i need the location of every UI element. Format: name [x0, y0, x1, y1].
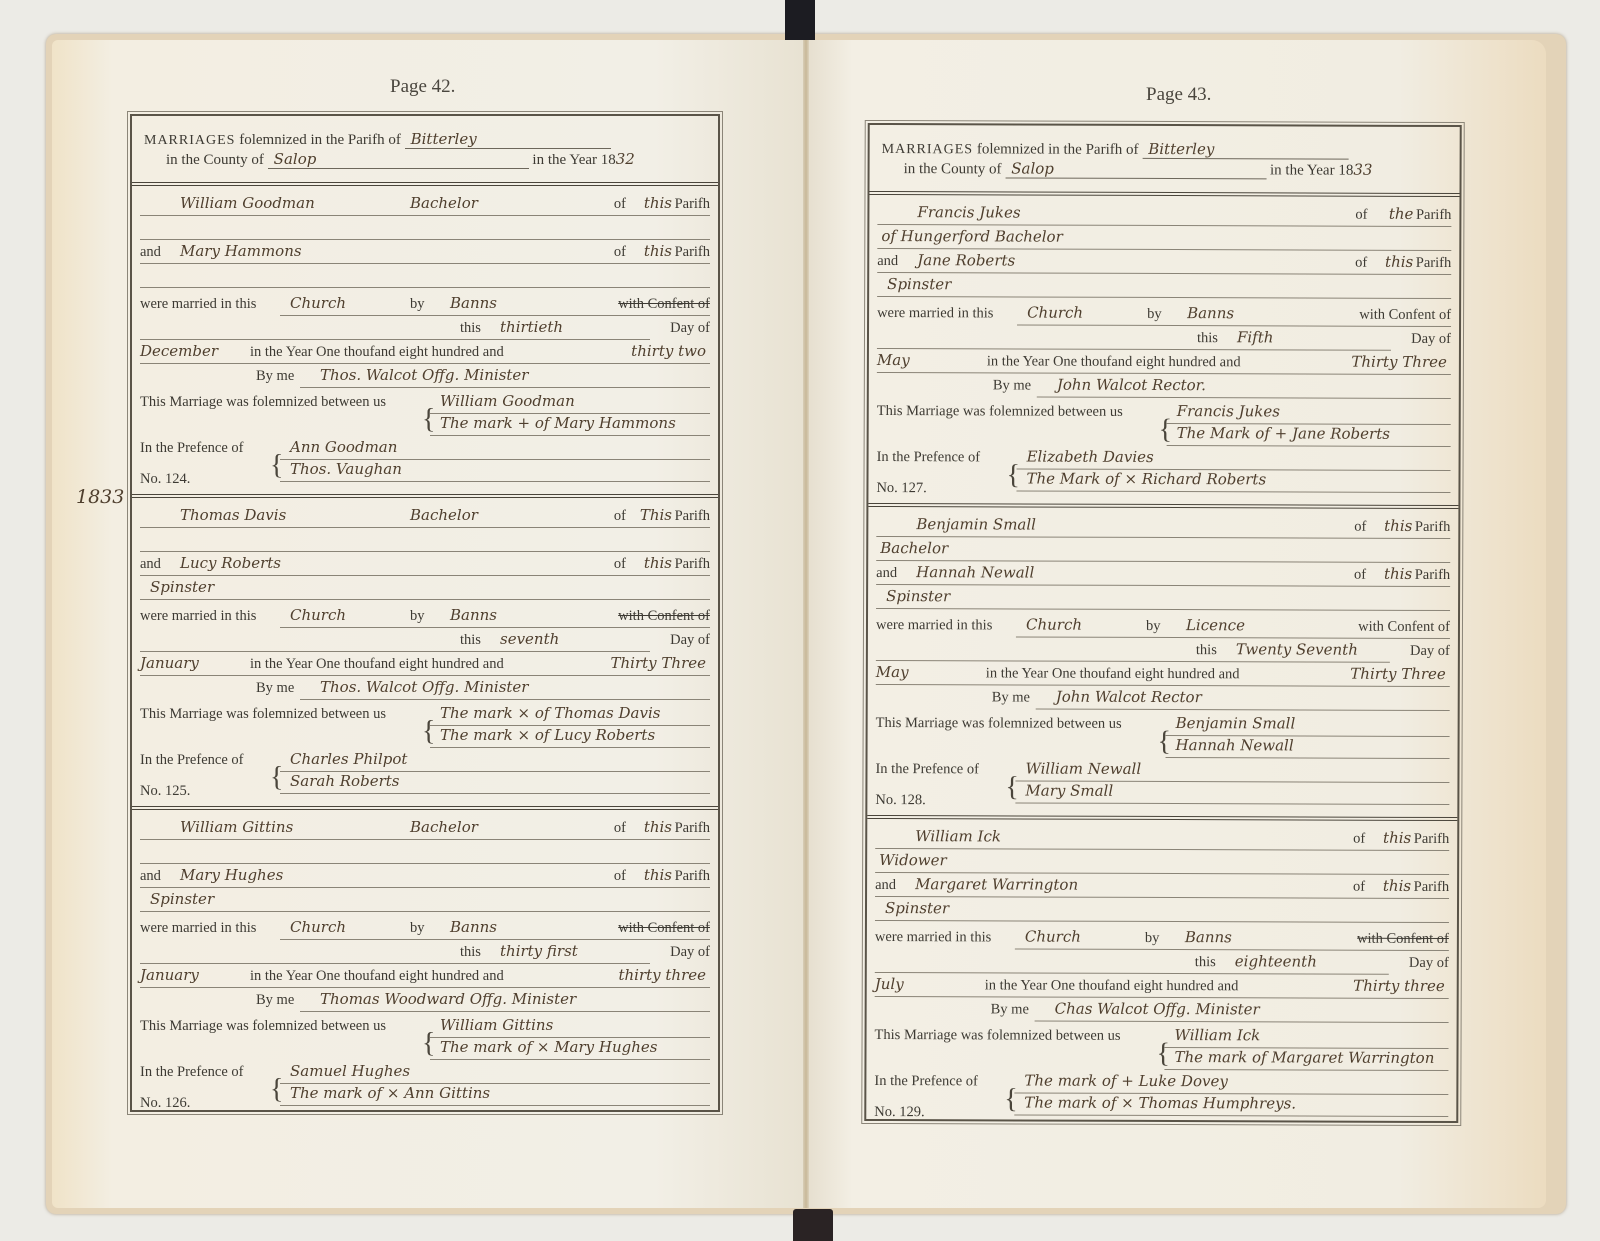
day-of-label: Day of [670, 632, 710, 649]
bride-status: Spinster [885, 899, 949, 917]
parish-label: Parifh [1416, 255, 1451, 272]
consent-label: with Confent of [1359, 307, 1451, 324]
marriage-day: seventh [500, 630, 559, 648]
of-label: of [614, 556, 626, 573]
officiant: Thos. Walcot Offg. Minister [320, 366, 528, 384]
this-label: this [460, 632, 481, 649]
day-of-label: Day of [1411, 331, 1451, 348]
officiant: Thomas Woodward Offg. Minister [320, 990, 576, 1008]
parish-label: Parifh [1415, 519, 1450, 536]
parish-label: Parifh [675, 556, 710, 573]
this-label: this [460, 320, 481, 337]
parish-label: Parifh [675, 196, 710, 213]
party-1: The mark × of Thomas Davis [440, 704, 660, 722]
party-2: The Mark of + Jane Roberts [1177, 424, 1390, 443]
witness-2: Sarah Roberts [290, 772, 399, 790]
of-label: of [614, 508, 626, 525]
witness-1: The mark of + Luke Dovey [1024, 1072, 1227, 1091]
officiant: Thos. Walcot Offg. Minister [320, 678, 528, 696]
witness-2: The mark of × Ann Gittins [290, 1084, 490, 1102]
groom-name: Benjamin Small [916, 515, 1036, 533]
witness-2: Mary Small [1025, 782, 1113, 800]
witness-2: The mark of × Thomas Humphreys. [1024, 1094, 1296, 1113]
binding-ribbon-top [785, 0, 815, 40]
bride-name: Lucy Roberts [180, 554, 281, 572]
marriage-day: eighteenth [1235, 952, 1317, 970]
day-of-label: Day of [1410, 643, 1450, 660]
marriage-day: thirty first [500, 942, 578, 960]
year-phrase: in the Year One thoufand eight hundred a… [986, 665, 1240, 683]
margin-year-note: 1833 [76, 486, 124, 508]
groom-extra: Bachelor [880, 539, 948, 557]
entry-number: No. 126. [140, 1095, 190, 1112]
witness-2: Thos. Vaughan [290, 460, 402, 478]
this-label: this [460, 944, 481, 961]
parish-label: Parifh [675, 244, 710, 261]
by-label: by [1145, 930, 1160, 947]
marriage-year-words: Thirty Three [1350, 665, 1446, 683]
groom-name: William Goodman [180, 194, 315, 212]
solemnized-label: This Marriage was folemnized between us [877, 403, 1123, 421]
day-of-label: Day of [670, 320, 710, 337]
entry-number: No. 128. [875, 792, 925, 809]
groom-parish: the [1389, 205, 1414, 223]
marriage-month: January [140, 654, 199, 672]
marriage-entry: Francis Jukes of the Parifh of Hungerfor… [868, 195, 1459, 509]
header-parish-label: folemnized in the Parifh of [239, 132, 401, 148]
marriage-place: Church [290, 294, 346, 312]
party-1: William Gittins [440, 1016, 553, 1034]
consent-label: with Confent of [618, 296, 710, 313]
party-2: The mark of × Mary Hughes [440, 1038, 658, 1056]
of-label: of [614, 244, 626, 261]
officiant: John Walcot Rector [1056, 688, 1202, 707]
groom-status: Bachelor [410, 194, 478, 212]
this-label: this [1197, 330, 1218, 347]
consent-label: with Confent of [1357, 931, 1449, 948]
by-me-label: By me [256, 368, 294, 385]
witness-1: Ann Goodman [290, 438, 397, 456]
marriage-month: July [875, 975, 904, 993]
groom-parish: this [1383, 829, 1411, 847]
marriage-entry: William Goodman Bachelor of this Parifh … [132, 186, 718, 498]
marriage-entry: William Gittins Bachelor of this Parifh … [132, 810, 718, 1118]
register-header: MARRIAGES folemnized in the Parifh of Bi… [132, 116, 718, 186]
and-label: and [140, 556, 161, 573]
solemnized-label: This Marriage was folemnized between us [876, 715, 1122, 733]
bride-status: Spinster [886, 587, 950, 605]
groom-name: Thomas Davis [180, 506, 286, 524]
by-me-label: By me [992, 689, 1030, 706]
of-label: of [1355, 255, 1367, 272]
header-title: MARRIAGES [144, 133, 235, 148]
party-2: The mark of Margaret Warrington [1174, 1048, 1434, 1067]
marriage-register-page-43: MARRIAGES folemnized in the Parifh of Bi… [864, 123, 1461, 1123]
party-1: Francis Jukes [1177, 402, 1280, 420]
by-label: by [410, 920, 425, 937]
year-phrase: in the Year One thoufand eight hundred a… [987, 353, 1241, 371]
marriage-year-words: Thirty three [1353, 977, 1445, 995]
married-in-label: were married in this [876, 617, 992, 634]
marriage-by: Banns [450, 918, 497, 936]
presence-label: In the Prefence of [874, 1073, 978, 1090]
header-parish-value: Bitterley [1142, 140, 1348, 160]
marriage-by: Banns [450, 606, 497, 624]
bride-name: Mary Hammons [180, 242, 302, 260]
parish-label: Parifh [675, 820, 710, 837]
presence-label: In the Prefence of [140, 752, 243, 769]
groom-status: Bachelor [410, 506, 478, 524]
married-in-label: were married in this [140, 608, 256, 625]
marriage-month: May [876, 663, 909, 681]
bride-status: Spinster [150, 578, 214, 596]
groom-name: William Gittins [180, 818, 293, 836]
parish-label: Parifh [1414, 831, 1449, 848]
page-number: Page 42. [390, 76, 455, 98]
presence-label: In the Prefence of [875, 761, 979, 778]
entry-number: No. 127. [876, 480, 926, 497]
groom-parish: this [644, 194, 672, 212]
solemnized-label: This Marriage was folemnized between us [140, 706, 386, 723]
and-label: and [140, 868, 161, 885]
marriage-by: Banns [1185, 928, 1232, 946]
of-label: of [1353, 831, 1365, 848]
witness-1: Samuel Hughes [290, 1062, 410, 1080]
header-year-label: in the Year 18 [532, 152, 615, 168]
party-1: William Goodman [440, 392, 575, 410]
marriage-year-words: Thirty Three [1351, 353, 1447, 371]
marriage-by: Banns [450, 294, 497, 312]
party-1: William Ick [1175, 1026, 1261, 1044]
marriage-register-page-42: MARRIAGES folemnized in the Parifh of Bi… [130, 114, 720, 1112]
header-title: MARRIAGES [882, 142, 974, 157]
of-label: of [1354, 519, 1366, 536]
bride-status: Spinster [150, 890, 214, 908]
solemnized-label: This Marriage was folemnized between us [875, 1027, 1121, 1045]
and-label: and [876, 565, 897, 582]
marriage-month: December [140, 342, 218, 360]
presence-label: In the Prefence of [140, 440, 243, 457]
party-2: The mark + of Mary Hammons [440, 414, 676, 432]
header-county-value: Salop [268, 150, 529, 169]
groom-parish: this [1384, 517, 1412, 535]
by-me-label: By me [256, 680, 294, 697]
solemnized-label: This Marriage was folemnized between us [140, 1018, 386, 1035]
year-phrase: in the Year One thoufand eight hundred a… [250, 344, 504, 361]
marriage-place: Church [1025, 928, 1081, 946]
by-label: by [1147, 306, 1162, 323]
year-phrase: in the Year One thoufand eight hundred a… [985, 977, 1239, 995]
marriage-by: Banns [1187, 304, 1234, 322]
parish-label: Parifh [675, 868, 710, 885]
bride-parish: this [644, 554, 672, 572]
marriage-place: Church [1026, 616, 1082, 634]
marriage-month: January [140, 966, 199, 984]
bride-parish: this [644, 242, 672, 260]
by-me-label: By me [993, 377, 1031, 394]
of-label: of [1355, 207, 1367, 224]
year-phrase: in the Year One thoufand eight hundred a… [250, 656, 504, 673]
bride-parish: this [1384, 565, 1412, 583]
marriage-year-words: Thirty Three [611, 654, 707, 672]
header-year-value: 33 [1353, 161, 1372, 179]
bride-name: Hannah Newall [916, 563, 1034, 581]
bride-name: Margaret Warrington [915, 875, 1078, 894]
marriage-entry: Thomas Davis Bachelor of This Parifh and… [132, 498, 718, 810]
witness-1: Charles Philpot [290, 750, 407, 768]
officiant: John Walcot Rector. [1057, 376, 1206, 395]
entry-number: No. 129. [874, 1104, 924, 1121]
witness-2: The Mark of × Richard Roberts [1026, 470, 1266, 489]
register-header: MARRIAGES folemnized in the Parifh of Bi… [869, 125, 1459, 197]
consent-label: with Confent of [618, 608, 710, 625]
parish-label: Parifh [675, 508, 710, 525]
married-in-label: were married in this [140, 920, 256, 937]
solemnized-label: This Marriage was folemnized between us [140, 394, 386, 411]
presence-label: In the Prefence of [140, 1064, 243, 1081]
day-of-label: Day of [670, 944, 710, 961]
of-label: of [614, 868, 626, 885]
binding-ribbon-bottom [793, 1209, 833, 1241]
parish-label: Parifh [1416, 207, 1451, 224]
marriage-day: Fifth [1237, 328, 1274, 346]
marriage-entry: William Ick of this Parifh Widower and M… [866, 819, 1457, 1129]
marriage-place: Church [290, 918, 346, 936]
witness-1: Elizabeth Davies [1027, 448, 1154, 466]
bride-status: Spinster [887, 275, 951, 293]
married-in-label: were married in this [140, 296, 256, 313]
groom-name: William Ick [915, 827, 1001, 845]
bride-name: Jane Roberts [917, 251, 1015, 269]
and-label: and [875, 877, 896, 894]
header-parish-value: Bitterley [405, 130, 611, 149]
groom-extra: Widower [879, 851, 947, 869]
groom-name: Francis Jukes [917, 203, 1020, 221]
of-label: of [1354, 567, 1366, 584]
groom-parish: this [644, 818, 672, 836]
married-in-label: were married in this [875, 929, 991, 946]
header-county-label: in the County of [904, 161, 1002, 177]
by-label: by [410, 608, 425, 625]
groom-status: Bachelor [410, 818, 478, 836]
by-me-label: By me [256, 992, 294, 1009]
bride-parish: this [644, 866, 672, 884]
consent-label: with Confent of [1358, 619, 1450, 636]
bride-parish: this [1385, 253, 1413, 271]
marriage-day: Twenty Seventh [1236, 640, 1358, 658]
header-county-value: Salop [1005, 159, 1266, 179]
bride-name: Mary Hughes [180, 866, 283, 884]
marriage-day: thirtieth [500, 318, 563, 336]
entry-number: No. 124. [140, 471, 190, 488]
page-number: Page 43. [1146, 84, 1211, 106]
parish-label: Parifh [1414, 879, 1449, 896]
by-me-label: By me [991, 1001, 1029, 1018]
married-in-label: were married in this [877, 305, 993, 322]
header-parish-label: folemnized in the Parifh of [977, 141, 1139, 158]
and-label: and [140, 244, 161, 261]
marriage-year-words: thirty three [618, 966, 706, 984]
header-county-label: in the County of [166, 152, 264, 168]
header-year-label: in the Year 18 [1270, 162, 1353, 178]
marriage-entry: Benjamin Small of this Parifh Bachelor a… [867, 507, 1458, 821]
this-label: this [1195, 954, 1216, 971]
day-of-label: Day of [1409, 955, 1449, 972]
marriage-by: Licence [1186, 616, 1245, 634]
officiant: Chas Walcot Offg. Minister [1055, 1000, 1260, 1019]
marriage-month: May [877, 351, 910, 369]
and-label: and [877, 253, 898, 270]
book-gutter [803, 40, 809, 1208]
this-label: this [1196, 642, 1217, 659]
bride-parish: this [1383, 877, 1411, 895]
header-year-value: 32 [616, 150, 635, 168]
groom-parish: This [640, 506, 672, 524]
groom-extra: of Hungerford Bachelor [881, 227, 1062, 246]
parish-label: Parifh [1415, 567, 1450, 584]
party-2: The mark × of Lucy Roberts [440, 726, 655, 744]
party-1: Benjamin Small [1176, 714, 1296, 732]
presence-label: In the Prefence of [877, 449, 981, 466]
witness-1: William Newall [1025, 760, 1141, 778]
year-phrase: in the Year One thoufand eight hundred a… [250, 968, 504, 985]
of-label: of [1353, 879, 1365, 896]
consent-label: with Confent of [618, 920, 710, 937]
of-label: of [614, 196, 626, 213]
marriage-place: Church [290, 606, 346, 624]
marriage-year-words: thirty two [631, 342, 706, 360]
marriage-place: Church [1027, 304, 1083, 322]
party-2: Hannah Newall [1176, 736, 1294, 754]
by-label: by [1146, 618, 1161, 635]
by-label: by [410, 296, 425, 313]
entry-number: No. 125. [140, 783, 190, 800]
of-label: of [614, 820, 626, 837]
